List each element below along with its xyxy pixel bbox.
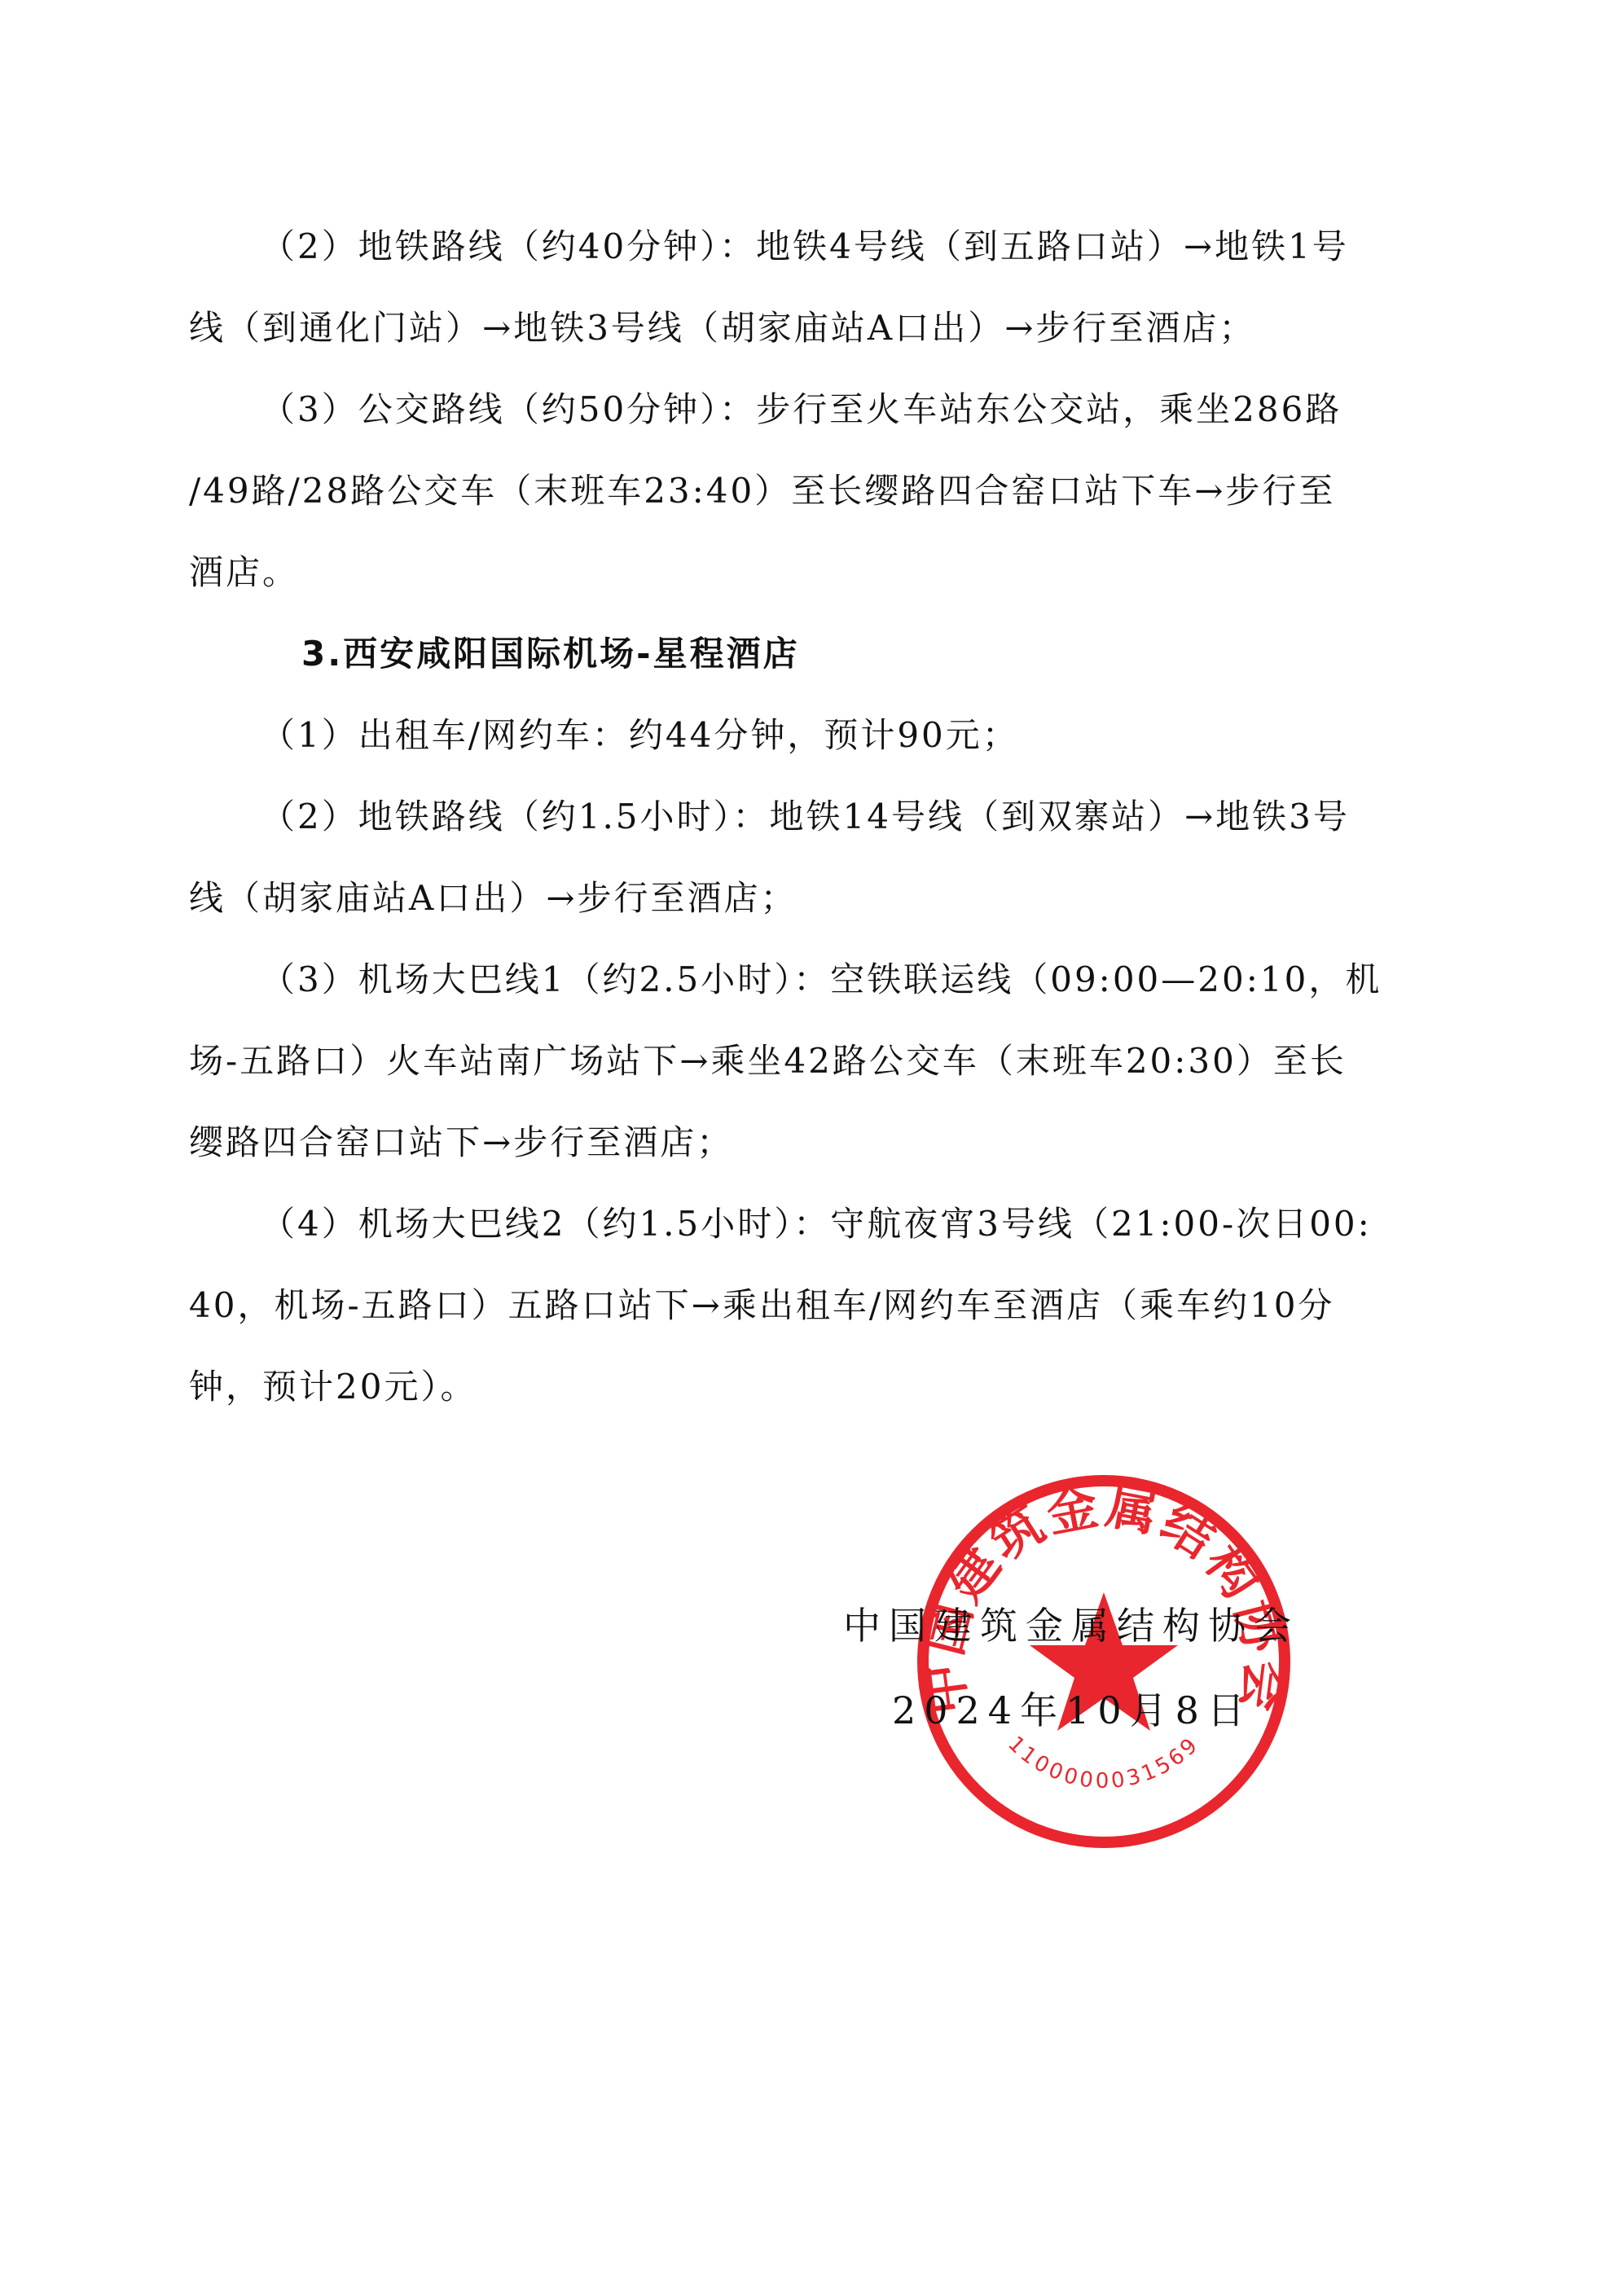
paragraph-line: /49路/28路公交车（末班车23:40）至长缨路四合窑口站下车→步行至	[189, 471, 1335, 511]
paragraph-line: （3）公交路线（约50分钟）：步行至火车站东公交站，乘坐286路	[261, 389, 1342, 430]
paragraph-line: （4）机场大巴线2（约1.5小时）：守航夜宵3号线（21:00-次日00:	[261, 1204, 1372, 1245]
svg-text:1100000031569: 1100000031569	[1003, 1732, 1205, 1793]
seal-serial: 1100000031569	[1003, 1732, 1205, 1793]
paragraph-line: 缨路四合窑口站下→步行至酒店；	[189, 1122, 733, 1163]
paragraph-line: （1）出租车/网约车：约44分钟，预计90元；	[261, 715, 1019, 756]
signature-organization: 中国建筑金属结构协会	[843, 1603, 1299, 1648]
signature-date: 2024年10月8日	[892, 1688, 1253, 1733]
paragraph-line: （3）机场大巴线1（约2.5小时）：空铁联运线（09:00—20:10，机	[261, 959, 1382, 1000]
paragraph-line: （2）地铁路线（约1.5小时）：地铁14号线（到双寨站）→地铁3号	[261, 797, 1350, 837]
section-heading: 3.西安咸阳国际机场-星程酒店	[301, 634, 800, 674]
paragraph-line: 酒店。	[189, 552, 299, 593]
paragraph-line: 钟，预计20元）。	[189, 1367, 477, 1407]
paragraph-line: 40，机场-五路口）五路口站下→乘出租车/网约车至酒店（乘车约10分	[189, 1285, 1334, 1326]
paragraph-line: （2）地铁路线（约40分钟）：地铁4号线（到五路口站）→地铁1号	[261, 226, 1349, 267]
paragraph-line: 线（胡家庙站A口出）→步行至酒店；	[189, 878, 798, 919]
paragraph-line: 场-五路口）火车站南广场站下→乘坐42路公交车（末班车20:30）至长	[189, 1041, 1347, 1082]
document-page: （2）地铁路线（约40分钟）：地铁4号线（到五路口站）→地铁1号 线（到通化门站…	[0, 0, 1617, 2296]
paragraph-line: 线（到通化门站）→地铁3号线（胡家庙站A口出）→步行至酒店；	[189, 308, 1255, 349]
official-seal: 中国建筑金属结构协会 1100000031569	[912, 1470, 1295, 1853]
